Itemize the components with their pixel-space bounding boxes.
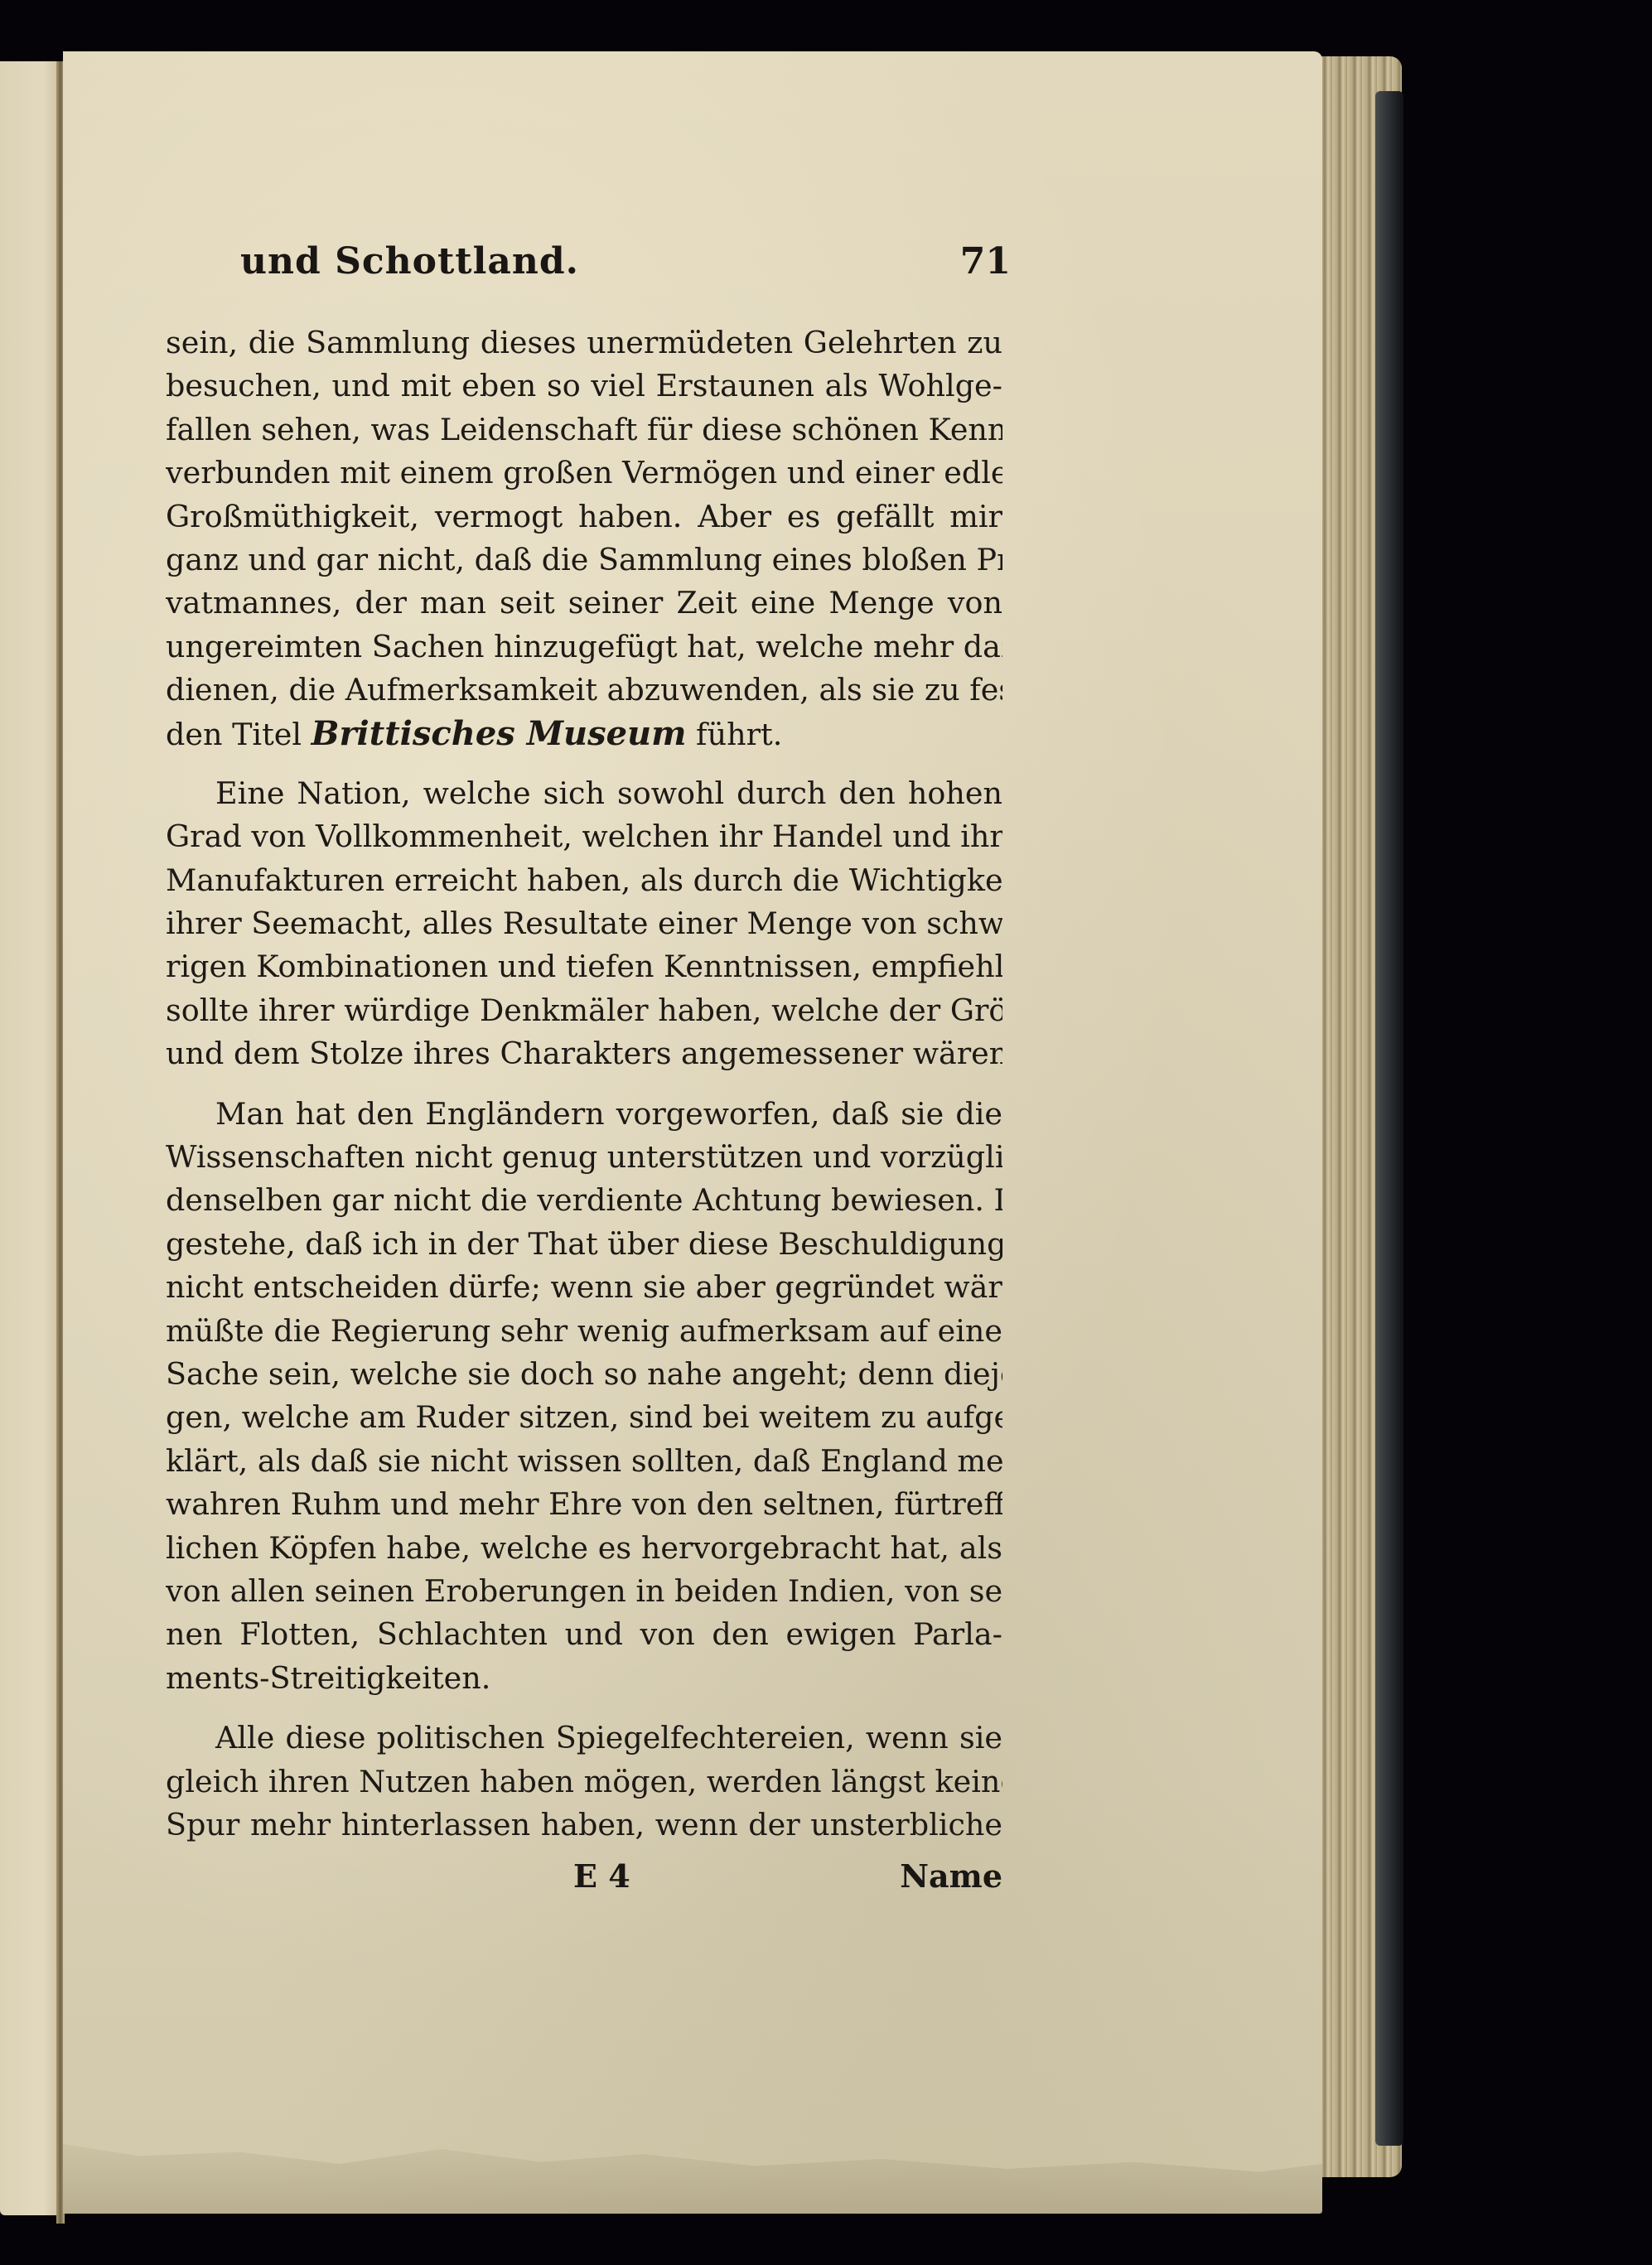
- text-line: besuchen, und mit eben so viel Erstaunen…: [166, 365, 1002, 408]
- text-line: nen Flotten, Schlachten und von den ewig…: [166, 1613, 1002, 1656]
- page-number: 71: [960, 240, 1011, 283]
- running-head: und Schottland. 71: [240, 240, 986, 290]
- text-line: nicht entscheiden dürfe; wenn sie aber g…: [166, 1266, 1002, 1309]
- text-fragment: den Titel: [166, 717, 312, 752]
- text-line: fallen sehen, was Leidenschaft für diese…: [166, 408, 1002, 452]
- paragraph-2: Eine Nation, welche sich sowohl durch de…: [166, 772, 1002, 1076]
- paragraph-gap: [166, 1700, 1002, 1717]
- text-line: Man hat den Engländern vorgeworfen, daß …: [166, 1093, 1002, 1136]
- page-footer: E 4 Name: [166, 1857, 1002, 1904]
- text-line: den Titel Brittisches Museum führt.: [166, 712, 1002, 756]
- text-line: Alle diese politischen Spiegelfechtereie…: [166, 1717, 1002, 1760]
- catchword: Name: [900, 1857, 1002, 1895]
- text-line: gen, welche am Ruder sitzen, sind bei we…: [166, 1396, 1002, 1439]
- text-line: Wissenschaften nicht genug unterstützen …: [166, 1136, 1002, 1179]
- text-line: klärt, als daß sie nicht wissen sollten,…: [166, 1440, 1002, 1483]
- text-line: rigen Kombinationen und tiefen Kenntniss…: [166, 945, 1002, 988]
- text-line: von allen seinen Eroberungen in beiden I…: [166, 1570, 1002, 1613]
- text-line: Eine Nation, welche sich sowohl durch de…: [166, 772, 1002, 815]
- text-line: lichen Köpfen habe, welche es hervorgebr…: [166, 1527, 1002, 1570]
- emphasized-title: Brittisches Museum: [312, 714, 687, 753]
- paragraph-1: sein, die Sammlung dieses unermüdeten Ge…: [166, 321, 1002, 756]
- signature-mark: E 4: [573, 1857, 630, 1895]
- text-line: verbunden mit einem großen Vermögen und …: [166, 452, 1002, 495]
- text-line: wahren Ruhm und mehr Ehre von den seltne…: [166, 1483, 1002, 1526]
- text-line: ungereimten Sachen hinzugefügt hat, welc…: [166, 625, 1002, 669]
- text-line: denselben gar nicht die verdiente Achtun…: [166, 1179, 1002, 1222]
- text-line: dienen, die Aufmerksamkeit abzuwenden, a…: [166, 669, 1002, 712]
- paragraph-gap: [166, 756, 1002, 772]
- book-cover-edge: [1375, 91, 1403, 2146]
- paragraph-gap: [166, 1076, 1002, 1093]
- text-line: sollte ihrer würdige Denkmäler haben, we…: [166, 989, 1002, 1032]
- text-line: Manufakturen erreicht haben, als durch d…: [166, 859, 1002, 902]
- text-line: ments-Streitigkeiten.: [166, 1657, 1002, 1700]
- text-line: müßte die Regierung sehr wenig aufmerksa…: [166, 1310, 1002, 1353]
- scan-background: und Schottland. 71 sein, die Sammlung di…: [0, 0, 1652, 2265]
- facing-page-edge: [0, 61, 61, 2215]
- text-line: und dem Stolze ihres Charakters angemess…: [166, 1032, 1002, 1075]
- paragraph-4: Alle diese politischen Spiegelfechtereie…: [166, 1717, 1002, 1847]
- text-fragment: führt.: [686, 717, 782, 752]
- text-line: sein, die Sammlung dieses unermüdeten Ge…: [166, 321, 1002, 365]
- text-line: ganz und gar nicht, daß die Sammlung ein…: [166, 538, 1002, 582]
- body-text: sein, die Sammlung dieses unermüdeten Ge…: [166, 321, 1002, 1847]
- text-line: ihrer Seemacht, alles Resultate einer Me…: [166, 902, 1002, 945]
- text-line: Sache sein, welche sie doch so nahe ange…: [166, 1353, 1002, 1396]
- paragraph-3: Man hat den Engländern vorgeworfen, daß …: [166, 1093, 1002, 1700]
- text-line: Grad von Vollkommenheit, welchen ihr Han…: [166, 815, 1002, 858]
- text-line: gestehe, daß ich in der That über diese …: [166, 1223, 1002, 1266]
- text-line: vatmannes, der man seit seiner Zeit eine…: [166, 582, 1002, 625]
- running-title: und Schottland.: [240, 240, 579, 283]
- text-line: Spur mehr hinterlassen haben, wenn der u…: [166, 1804, 1002, 1847]
- text-line: gleich ihren Nutzen haben mögen, werden …: [166, 1760, 1002, 1804]
- text-line: Großmüthigkeit, vermogt haben. Aber es g…: [166, 495, 1002, 538]
